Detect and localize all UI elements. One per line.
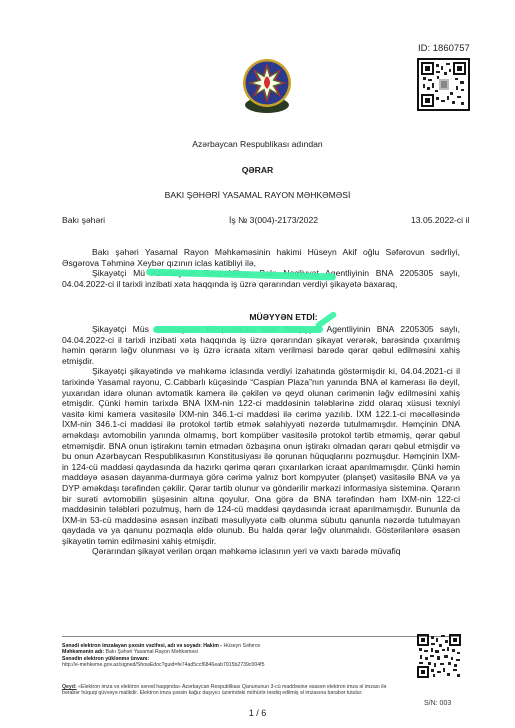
court-name: Bakı Şəhəri Yasamal Rayon Məhkəməsi: [106, 649, 198, 655]
document-title: QƏRAR: [0, 165, 515, 175]
section-heading: MÜƏYYƏN ETDİ:: [0, 312, 515, 322]
signer-label: Sənədi elektron imzalayan şəxsin vəzifəs…: [62, 643, 222, 649]
court-label: Məhkəmənin adı:: [62, 649, 104, 655]
note-label: Qeyd:: [62, 684, 77, 690]
body-paragraph-3: Qərarından şikayət verilən orqan məhkəmə…: [62, 546, 460, 557]
serial-number: S/N: 003: [424, 700, 451, 707]
document-id: ID: 1860757: [418, 43, 470, 54]
redaction-mark-2: [153, 326, 323, 333]
issuer-line: Azərbaycan Respublikası adından: [0, 139, 515, 149]
intro-section: Bakı şəhəri Yasamal Rayon Məhkəməsinin h…: [62, 247, 460, 289]
legal-note: Qeyd: «Elektron imza və elektron sənəd h…: [62, 684, 392, 697]
signer-name: Hüseyn Səfərov: [223, 643, 260, 649]
qr-code-icon: [417, 58, 470, 111]
body-paragraph-2: Şikayətçi şikayətində və məhkəmə iclasın…: [62, 366, 460, 546]
court-name-heading: BAKI ŞƏHƏRİ YASAMAL RAYON MƏHKƏMƏSİ: [0, 190, 515, 200]
footer-divider: [62, 636, 460, 637]
decision-date: 13.05.2022-ci il: [411, 215, 469, 225]
signature-info: Sənədi elektron imzalayan şəxsin vəzifəs…: [62, 643, 265, 669]
intro-paragraph-1: Bakı şəhəri Yasamal Rayon Məhkəməsinin h…: [62, 247, 460, 268]
findings-section: Şikayətçi Müs Azərbaycan Respublikası Ba…: [62, 324, 460, 557]
verification-qr-code-icon: [417, 634, 461, 678]
upload-label: Sənədin elektron yüklənmə ünvanı:: [62, 656, 149, 662]
upload-url-link[interactable]: http://e-mehkeme.gov.az/signed/ShowEdoc?…: [62, 662, 265, 668]
note-text: «Elektron imza və elektron sənəd haqqınd…: [62, 684, 386, 696]
case-number: İş № 3(004)-2173/2022: [229, 215, 318, 225]
coat-of-arms-emblem-icon: [237, 55, 297, 115]
city: Bakı şəhəri: [62, 215, 105, 225]
page-number: 1 / 6: [0, 708, 515, 718]
